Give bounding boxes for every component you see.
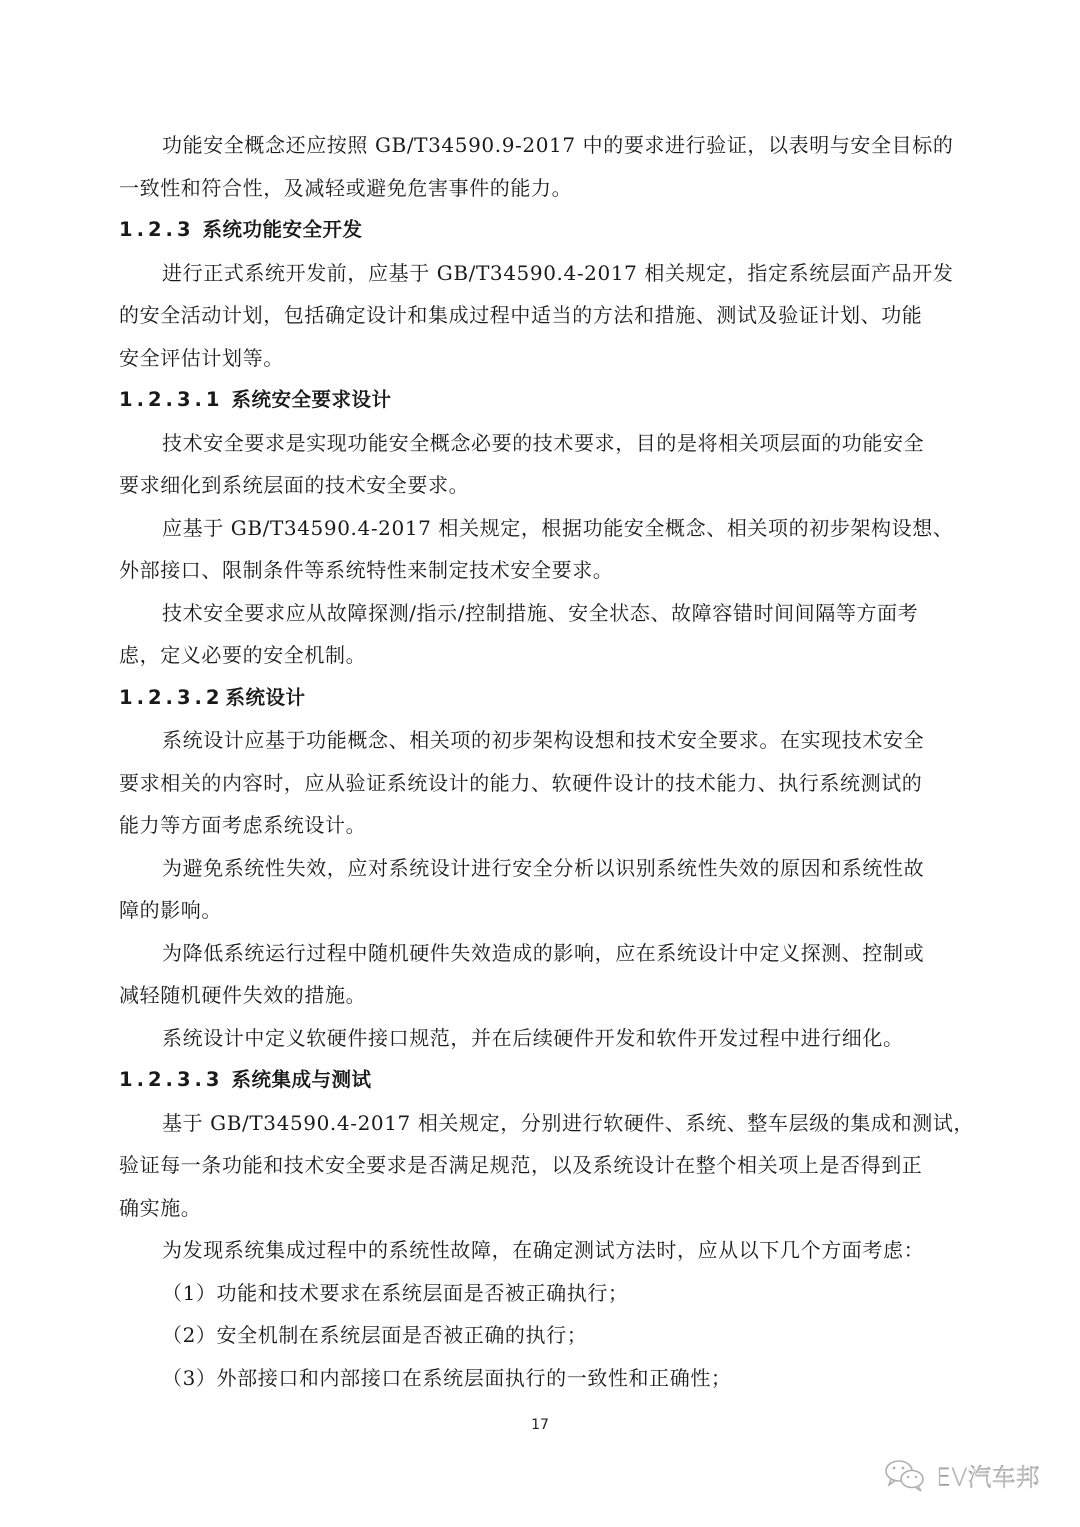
paragraph-line: 技术安全要求是实现功能安全概念必要的技术要求，目的是将相关项层面的功能安全 <box>119 422 965 465</box>
heading-number: 1.2.3.2 <box>119 686 224 709</box>
paragraph-line: 确实施。 <box>119 1187 965 1230</box>
wechat-icon <box>884 1459 928 1493</box>
watermark-text: EV汽车邦 <box>936 1458 1040 1493</box>
paragraph-line: 基于 GB/T34590.4-2017 相关规定，分别进行软硬件、系统、整车层级… <box>119 1102 965 1145</box>
heading-text: 系统设计 <box>226 686 306 709</box>
paragraph-line: 一致性和符合性，及减轻或避免危害事件的能力。 <box>119 167 965 210</box>
paragraph-line: 能力等方面考虑系统设计。 <box>119 804 965 847</box>
heading-text: 系统安全要求设计 <box>232 388 392 411</box>
page-number: 17 <box>0 1417 1080 1433</box>
paragraph-line: 系统设计应基于功能概念、相关项的初步架构设想和技术安全要求。在实现技术安全 <box>119 719 965 762</box>
paragraph-line: 安全评估计划等。 <box>119 337 965 380</box>
paragraph-line: 验证每一条功能和技术安全要求是否满足规范，以及系统设计在整个相关项上是否得到正 <box>119 1144 965 1187</box>
section-heading-1-2-3-3: 1.2.3.3系统集成与测试 <box>119 1059 965 1102</box>
paragraph-line: 为避免系统性失效，应对系统设计进行安全分析以识别系统性失效的原因和系统性故 <box>119 847 965 890</box>
heading-number: 1.2.3.1 <box>119 388 224 411</box>
paragraph-line: 技术安全要求应从故障探测/指示/控制措施、安全状态、故障容错时间间隔等方面考 <box>119 592 965 635</box>
heading-number: 1.2.3.3 <box>119 1068 224 1091</box>
paragraph-line: 障的影响。 <box>119 889 965 932</box>
paragraph-line: 系统设计中定义软硬件接口规范，并在后续硬件开发和软件开发过程中进行细化。 <box>119 1017 965 1060</box>
paragraph-line: 的安全活动计划，包括确定设计和集成过程中适当的方法和措施、测试及验证计划、功能 <box>119 294 965 337</box>
document-body: 功能安全概念还应按照 GB/T34590.9-2017 中的要求进行验证，以表明… <box>119 124 965 1399</box>
heading-number: 1.2.3 <box>119 218 195 241</box>
watermark: EV汽车邦 <box>884 1458 1040 1493</box>
list-item: （3）外部接口和内部接口在系统层面执行的一致性和正确性； <box>119 1357 965 1400</box>
list-item: （2）安全机制在系统层面是否被正确的执行； <box>119 1314 965 1357</box>
paragraph-line: 应基于 GB/T34590.4-2017 相关规定，根据功能安全概念、相关项的初… <box>119 507 965 550</box>
paragraph-line: 要求细化到系统层面的技术安全要求。 <box>119 464 965 507</box>
list-item: （1）功能和技术要求在系统层面是否被正确执行； <box>119 1272 965 1315</box>
paragraph-line: 外部接口、限制条件等系统特性来制定技术安全要求。 <box>119 549 965 592</box>
section-heading-1-2-3: 1.2.3系统功能安全开发 <box>119 209 965 252</box>
paragraph-line: 为降低系统运行过程中随机硬件失效造成的影响，应在系统设计中定义探测、控制或 <box>119 932 965 975</box>
section-heading-1-2-3-2: 1.2.3.2系统设计 <box>119 677 965 720</box>
paragraph-line: 虑，定义必要的安全机制。 <box>119 634 965 677</box>
paragraph-line: 减轻随机硬件失效的措施。 <box>119 974 965 1017</box>
heading-text: 系统集成与测试 <box>232 1068 372 1091</box>
paragraph-line: 为发现系统集成过程中的系统性故障，在确定测试方法时，应从以下几个方面考虑： <box>119 1229 965 1272</box>
paragraph-line: 功能安全概念还应按照 GB/T34590.9-2017 中的要求进行验证，以表明… <box>119 124 965 167</box>
section-heading-1-2-3-1: 1.2.3.1系统安全要求设计 <box>119 379 965 422</box>
paragraph-line: 进行正式系统开发前，应基于 GB/T34590.4-2017 相关规定，指定系统… <box>119 252 965 295</box>
heading-text: 系统功能安全开发 <box>203 218 363 241</box>
paragraph-line: 要求相关的内容时，应从验证系统设计的能力、软硬件设计的技术能力、执行系统测试的 <box>119 762 965 805</box>
